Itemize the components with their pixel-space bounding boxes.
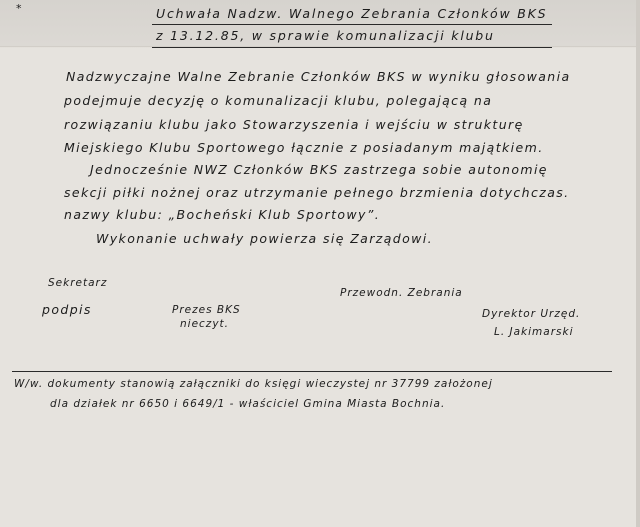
asterisk-marker: *	[16, 2, 22, 15]
body-line-4: Miejskiego Klubu Sportowego łącznie z po…	[64, 140, 544, 155]
chairman-label: Przewodn. Zebrania	[340, 287, 463, 299]
director-label: Dyrektor Urzęd.	[482, 308, 580, 320]
footnote-line-1: W/w. dokumenty stanowią załączniki do ks…	[14, 378, 493, 390]
title-underline-1	[152, 24, 552, 25]
body-line-3: rozwiązaniu klubu jako Stowarzyszenia i …	[64, 117, 524, 132]
body-line-6: sekcji piłki nożnej oraz utrzymanie pełn…	[64, 185, 570, 200]
body-line-2: podejmuje decyzję o komunalizacji klubu,…	[64, 93, 492, 108]
president-label: Prezes BKS	[172, 304, 241, 316]
body-line-1: Nadzwyczajne Walne Zebranie Członków BKS…	[66, 69, 571, 84]
president-note: nieczyt.	[180, 318, 229, 330]
paper-edge	[636, 0, 640, 527]
footnote-line-2: dla działek nr 6650 i 6649/1 - właścicie…	[50, 398, 445, 410]
body-line-5: Jednocześnie NWZ Członków BKS zastrzega …	[90, 162, 548, 177]
body-line-7: nazwy klubu: „Bocheński Klub Sportowy”.	[64, 207, 380, 222]
title-underline-2	[152, 47, 552, 48]
footnote-separator	[12, 371, 612, 372]
title-line-1: Uchwała Nadzw. Walnego Zebrania Członków…	[156, 6, 547, 21]
body-line-8: Wykonanie uchwały powierza się Zarządowi…	[96, 231, 433, 246]
secretary-signature: podpis	[42, 302, 92, 317]
title-line-2: z 13.12.85, w sprawie komunalizacji klub…	[156, 28, 495, 43]
secretary-label: Sekretarz	[48, 277, 107, 289]
director-name: L. Jakimarski	[494, 326, 574, 338]
